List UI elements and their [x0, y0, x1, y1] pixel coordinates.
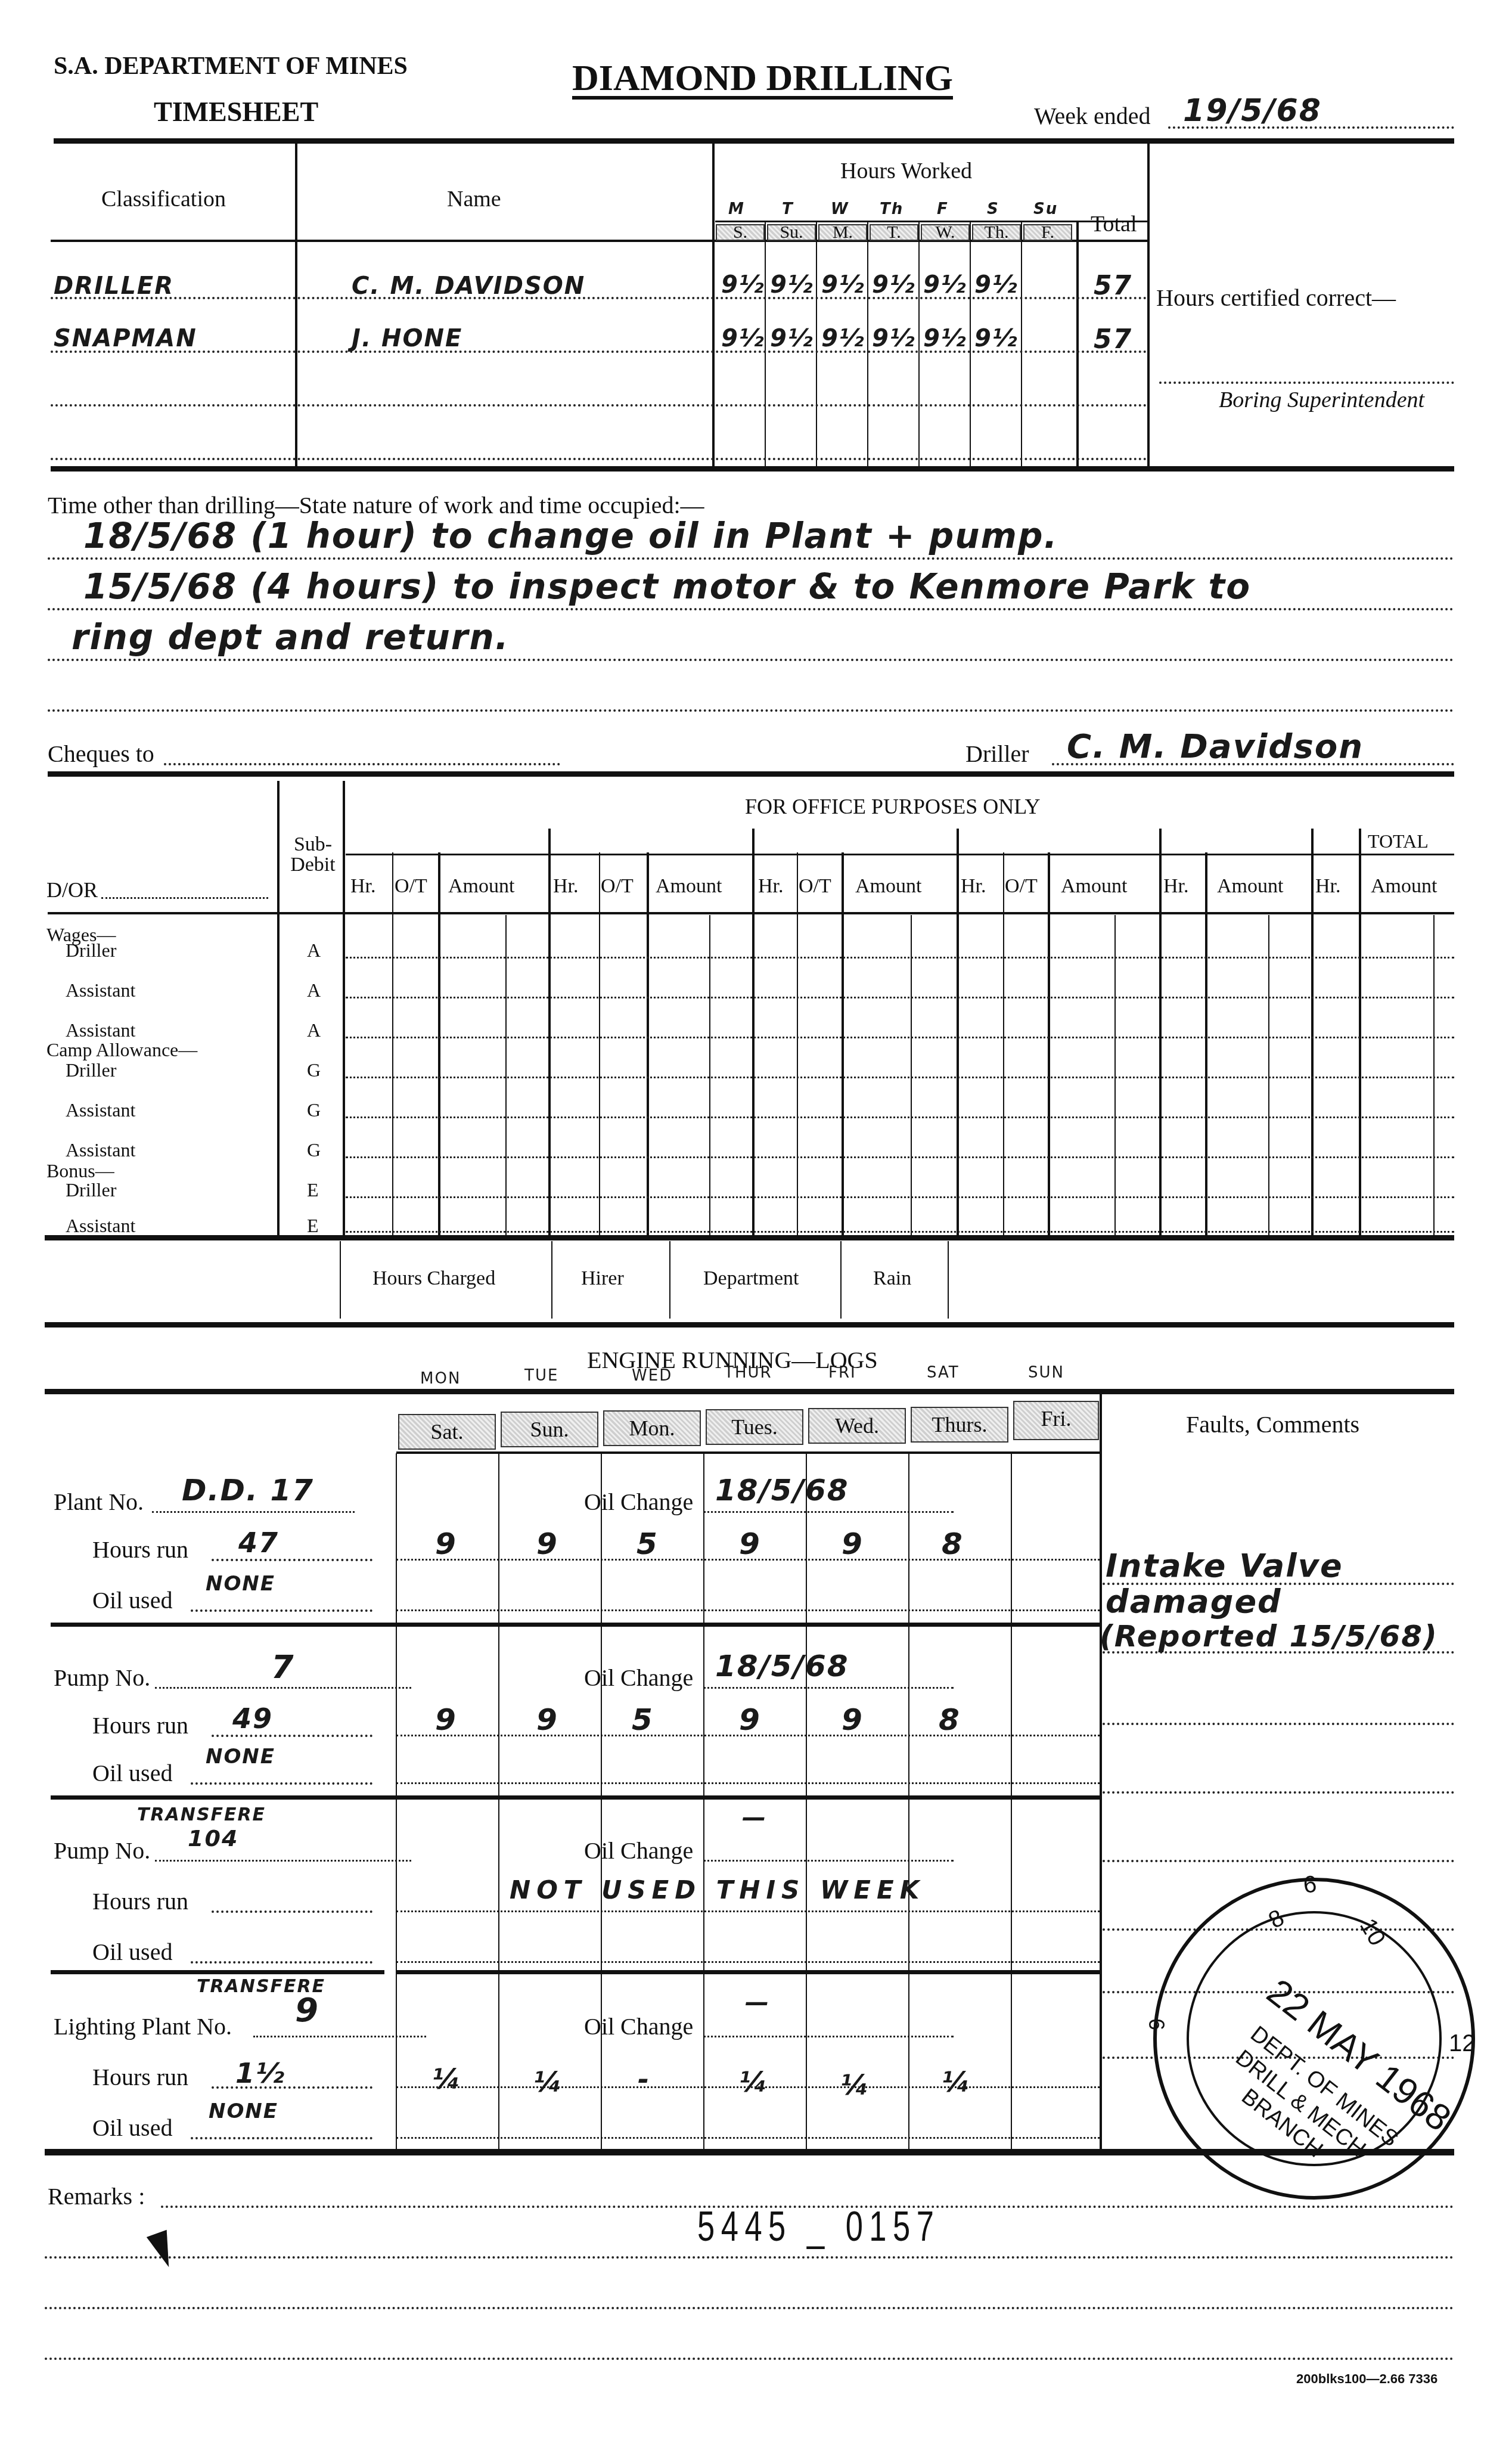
- col-amount: Amount: [1217, 876, 1283, 897]
- day-hours[interactable]: ¼: [533, 2068, 563, 2096]
- name-header: Name: [447, 188, 501, 210]
- name-cell[interactable]: J. HONE: [352, 327, 462, 351]
- oil-used-field: [191, 1609, 372, 1612]
- office-title: FOR OFFICE PURPOSES ONLY: [745, 796, 1041, 817]
- oil-change-value[interactable]: —: [742, 1806, 767, 1830]
- day-hours[interactable]: 8: [942, 1529, 964, 1559]
- charge-divider: [948, 1241, 949, 1319]
- total-cell[interactable]: 57: [1094, 327, 1132, 353]
- faults-header: Faults, Comments: [1186, 1413, 1359, 1437]
- day-hand-sun: SUN: [1028, 1365, 1064, 1381]
- oil-used-label: Oil used: [92, 1589, 172, 1612]
- oil-used-label: Oil used: [92, 2116, 172, 2140]
- day-hours[interactable]: 8: [939, 1705, 961, 1735]
- day-col-divider: [908, 1453, 909, 2152]
- ink-mark-icon: [147, 2230, 179, 2271]
- day-divider: [970, 221, 971, 468]
- day-hand-0: M: [728, 201, 745, 217]
- lighting-plant-label: Lighting Plant No.: [54, 2015, 232, 2039]
- lighting-plant-value[interactable]: 9: [295, 1994, 319, 2027]
- amount-split: [1268, 915, 1269, 1235]
- other-time-line-3[interactable]: ring dept and return.: [72, 620, 510, 655]
- subcol-divider: [797, 852, 798, 1235]
- classification-cell[interactable]: DRILLER: [54, 274, 174, 298]
- oil-used-value[interactable]: NONE: [206, 1574, 275, 1594]
- oil-row-line: [396, 1961, 1100, 1963]
- day-hand-wed: WED: [632, 1368, 672, 1384]
- day-hours[interactable]: 9: [842, 1705, 864, 1735]
- col-hr: Hr.: [961, 876, 986, 897]
- day-header-sun: Su.: [767, 224, 816, 241]
- oil-change-field: [703, 1687, 954, 1689]
- row-line: [346, 1231, 1454, 1233]
- pump-no-value[interactable]: 104: [188, 1827, 238, 1850]
- day-hand-4: F: [937, 201, 949, 217]
- day-hand-3: Th: [880, 201, 904, 217]
- text-line: [48, 608, 1454, 610]
- day-hours[interactable]: 9: [842, 1529, 864, 1559]
- stamp-dial-12: 12: [1449, 2030, 1476, 2057]
- hours-run-label: Hours run: [92, 1714, 188, 1738]
- form-title: DIAMOND DRILLING: [572, 60, 953, 97]
- day-hours[interactable]: ¼: [840, 2071, 870, 2099]
- subcol-divider: [1205, 852, 1207, 1235]
- row-line: [346, 1077, 1454, 1078]
- oil-change-field: [703, 2036, 954, 2037]
- day-hours[interactable]: ¼: [739, 2068, 769, 2096]
- oil-row-line: [396, 1782, 1100, 1784]
- dor-label: D/OR: [46, 879, 98, 901]
- subcol-divider: [1048, 852, 1050, 1235]
- day-hours[interactable]: 9: [435, 1705, 457, 1735]
- remarks-line[interactable]: [45, 2256, 1454, 2259]
- hours-run-field: [212, 1910, 372, 1913]
- oil-change-value[interactable]: 18/5/68: [715, 1475, 849, 1505]
- row-label: Assistant: [66, 1100, 135, 1119]
- row-line: [346, 1116, 1454, 1118]
- stamp-dial-6: 6: [1144, 2018, 1169, 2030]
- hours-run-label: Hours run: [92, 1538, 188, 1562]
- day-col-divider: [396, 1453, 397, 2152]
- day-header-thu: Thurs.: [911, 1407, 1008, 1443]
- day-header-rule: [396, 1451, 1100, 1454]
- col-ot: O/T: [1005, 876, 1038, 897]
- day-header-wed: W.: [921, 224, 970, 241]
- dor-field[interactable]: [101, 897, 268, 899]
- block-rule: [51, 1795, 1100, 1800]
- day-hand-thu: THUR: [724, 1365, 772, 1381]
- day-divider: [816, 221, 817, 468]
- print-code: 200blks100—2.66 7336: [1296, 2372, 1438, 2386]
- day-hours[interactable]: ¼: [432, 2065, 462, 2093]
- subcol-divider: [392, 852, 393, 1235]
- text-line: [48, 557, 1454, 560]
- row-code: G: [307, 1140, 321, 1159]
- col-divider: [295, 143, 297, 468]
- oil-used-field: [191, 1961, 372, 1964]
- hours-cell[interactable]: 9½: [974, 327, 1018, 351]
- row-line: [346, 1196, 1454, 1198]
- remarks-line[interactable]: [45, 2358, 1454, 2360]
- col-ot: O/T: [799, 876, 831, 897]
- day-col-divider: [601, 1453, 602, 2152]
- department-name: S.A. DEPARTMENT OF MINES: [54, 54, 408, 79]
- col-amount: Amount: [448, 876, 514, 897]
- row-code: A: [307, 981, 321, 1000]
- pump-no-label: Pump No.: [54, 1839, 150, 1863]
- text-line: [48, 659, 1454, 661]
- day-hand-2: W: [831, 201, 849, 217]
- day-hand-fri: FRI: [828, 1365, 856, 1381]
- row-code: A: [307, 1021, 321, 1040]
- department-label: Department: [703, 1268, 799, 1289]
- row-code: A: [307, 941, 321, 960]
- faults-line: [1103, 1860, 1454, 1862]
- col-hr: Hr.: [1163, 876, 1189, 897]
- day-divider: [918, 221, 920, 468]
- oil-row-line: [396, 1609, 1100, 1611]
- row-line: [51, 458, 1147, 460]
- row-label: Driller: [66, 1060, 116, 1080]
- oil-used-field: [191, 2137, 372, 2139]
- amount-split: [505, 915, 507, 1235]
- pump-no-field: [155, 1860, 411, 1862]
- oil-used-value[interactable]: NONE: [209, 2101, 278, 2121]
- col-ot: O/T: [395, 876, 427, 897]
- office-bottom-rule: [45, 1235, 1454, 1240]
- col-divider: [1076, 221, 1079, 468]
- row-code: E: [307, 1216, 319, 1235]
- day-header-tue: T.: [870, 224, 918, 241]
- other-time-line-2[interactable]: 15/5/68 (4 hours) to inspect motor & to …: [83, 569, 1251, 604]
- total-header: Total: [1091, 213, 1137, 235]
- day-hours[interactable]: 9: [739, 1705, 761, 1735]
- row-code: G: [307, 1060, 321, 1080]
- week-ended-value[interactable]: 19/5/68: [1183, 95, 1322, 126]
- charge-divider: [551, 1241, 552, 1319]
- hours-cell[interactable]: 9½: [923, 327, 967, 351]
- day-header-fri: Fri.: [1013, 1401, 1099, 1440]
- signature-line[interactable]: [1159, 381, 1454, 384]
- hirer-label: Hirer: [581, 1268, 624, 1289]
- driller-label: Driller: [965, 742, 1029, 766]
- table-top-rule: [54, 138, 1454, 144]
- amount-split: [1114, 915, 1116, 1235]
- lighting-plant-field: [253, 2036, 426, 2037]
- hours-cell[interactable]: 9½: [721, 273, 765, 297]
- cheques-label: Cheques to: [48, 742, 154, 766]
- faults-line: [1103, 1723, 1454, 1725]
- charge-divider: [840, 1241, 842, 1319]
- header-rule: [48, 912, 1454, 914]
- row-label: Assistant: [66, 981, 135, 1000]
- oil-used-field: [191, 1782, 372, 1785]
- subcol-divider: [647, 852, 649, 1235]
- day-hand-tue: TUE: [524, 1368, 558, 1384]
- col-hr: Hr.: [350, 876, 376, 897]
- row-line: [51, 404, 1147, 407]
- col-hr: Hr.: [758, 876, 784, 897]
- subcol-divider: [1003, 852, 1004, 1235]
- name-cell[interactable]: C. M. DAVIDSON: [352, 274, 585, 298]
- day-hand-mon: MON: [420, 1371, 461, 1387]
- col-divider: [277, 781, 280, 1235]
- oil-used-label: Oil used: [92, 1940, 172, 1964]
- hours-cell[interactable]: 9½: [974, 273, 1018, 297]
- day-col-divider: [498, 1453, 499, 2152]
- pump-no-label: Pump No.: [54, 1666, 150, 1690]
- hours-run-total[interactable]: 1½: [235, 2060, 285, 2087]
- hours-run-field: [212, 1735, 372, 1737]
- col-amount: Amount: [656, 876, 722, 897]
- day-divider: [867, 221, 868, 468]
- not-used-note[interactable]: NOT USED THIS WEEK: [510, 1878, 925, 1903]
- col-amount: Amount: [855, 876, 921, 897]
- faults-line-1[interactable]: Intake Valve: [1106, 1550, 1343, 1582]
- day-divider: [1021, 221, 1022, 468]
- col-ot: O/T: [601, 876, 634, 897]
- day-header-sat: Sat.: [398, 1414, 496, 1450]
- faults-line-2[interactable]: damaged: [1106, 1586, 1282, 1618]
- table-bottom-rule: [51, 466, 1454, 472]
- hours-cell[interactable]: 9½: [923, 273, 967, 297]
- row-line: [346, 997, 1454, 998]
- group-divider: [1159, 829, 1162, 1235]
- total-cell[interactable]: 57: [1094, 273, 1132, 299]
- charge-divider: [340, 1241, 341, 1319]
- row-label: Assistant: [66, 1216, 135, 1235]
- subcol-divider: [438, 852, 440, 1235]
- other-time-label: Time other than drilling—State nature of…: [48, 494, 704, 517]
- remarks-label: Remarks :: [48, 2185, 145, 2209]
- hours-cell[interactable]: 9½: [821, 327, 865, 351]
- day-hours[interactable]: 5: [632, 1705, 654, 1735]
- col-amount: Amount: [1061, 876, 1127, 897]
- driller-signature[interactable]: C. M. Davidson: [1067, 730, 1364, 764]
- certified-label: Hours certified correct—: [1156, 286, 1396, 310]
- oil-change-value[interactable]: 18/5/68: [715, 1651, 849, 1681]
- day-header-mon: M.: [818, 224, 867, 241]
- day-col-divider: [703, 1453, 704, 2152]
- engine-top-rule: [45, 1389, 1454, 1394]
- day-header-sun: Sun.: [501, 1412, 598, 1447]
- hours-run-total[interactable]: 49: [232, 1705, 273, 1732]
- day-hand-1: T: [782, 201, 794, 217]
- amount-split: [1433, 915, 1435, 1235]
- row-label: Driller: [66, 1180, 116, 1199]
- row-code: E: [307, 1180, 319, 1199]
- row-line: [346, 1037, 1454, 1038]
- classification-header: Classification: [101, 188, 226, 210]
- total-label: TOTAL: [1368, 832, 1429, 851]
- day-hand-sat: SAT: [927, 1365, 960, 1381]
- col-divider: [343, 781, 345, 1235]
- subdebit-label: Sub-Debit: [286, 835, 340, 875]
- block-rule: [396, 1970, 1100, 1974]
- faults-line-3[interactable]: (Reported 15/5/68): [1100, 1621, 1438, 1651]
- day-header-mon: Mon.: [603, 1410, 701, 1446]
- plant-no-value[interactable]: D.D. 17: [182, 1475, 314, 1505]
- day-col-divider: [1011, 1453, 1012, 2152]
- day-hours[interactable]: 5: [637, 1529, 659, 1559]
- group-bonus: Bonus—: [46, 1161, 114, 1180]
- text-line: [48, 709, 1454, 712]
- hours-row-line: [396, 1910, 1100, 1912]
- oil-change-field: [703, 1860, 954, 1862]
- office-top-rule: [48, 771, 1454, 777]
- faults-divider: [1100, 1394, 1102, 2151]
- superintendent-label: Boring Superintendent: [1219, 389, 1424, 411]
- hours-cell[interactable]: 9½: [721, 327, 765, 351]
- row-label: Assistant: [66, 1021, 135, 1040]
- group-divider: [957, 829, 959, 1235]
- day-divider: [765, 221, 766, 468]
- col-amount: Amount: [1371, 876, 1437, 897]
- block-rule: [51, 1623, 1100, 1627]
- hours-cell[interactable]: 9½: [770, 273, 814, 297]
- group-divider: [1311, 829, 1314, 1235]
- group-divider: [548, 829, 551, 1235]
- row-label: Assistant: [66, 1140, 135, 1159]
- col-divider: [712, 143, 715, 468]
- amount-split: [709, 915, 710, 1235]
- hours-cell[interactable]: 9½: [872, 327, 915, 351]
- row-code: G: [307, 1100, 321, 1119]
- subheader-rule: [346, 854, 1454, 855]
- day-hours[interactable]: 9: [536, 1529, 558, 1559]
- row-line: [346, 957, 1454, 959]
- classification-cell[interactable]: SNAPMAN: [54, 327, 197, 351]
- hours-charged-label: Hours Charged: [372, 1268, 495, 1289]
- row-line: [346, 1156, 1454, 1158]
- stamp-dial-9: 9: [1302, 1869, 1318, 1897]
- week-ended-label: Week ended: [1034, 104, 1151, 128]
- other-time-line-1[interactable]: 18/5/68 (1 hour) to change oil in Plant …: [83, 519, 1058, 553]
- day-header-fri: F.: [1023, 224, 1072, 241]
- day-hours[interactable]: ¼: [942, 2068, 971, 2096]
- charge-bottom-rule: [45, 1322, 1454, 1327]
- group-divider: [752, 829, 755, 1235]
- day-hand-5: S: [987, 201, 999, 217]
- hours-run-label: Hours run: [92, 1890, 188, 1913]
- hours-run-label: Hours run: [92, 2065, 188, 2089]
- rain-label: Rain: [873, 1268, 911, 1289]
- subcol-divider: [599, 852, 600, 1235]
- hours-worked-header: Hours Worked: [840, 160, 972, 182]
- oil-change-field: [703, 1511, 954, 1513]
- cheques-field[interactable]: [164, 763, 560, 765]
- pump-no-value[interactable]: 7: [271, 1651, 295, 1683]
- timesheet-title: TIMESHEET: [154, 98, 318, 126]
- day-header-thu: Th.: [972, 224, 1021, 241]
- block-rule: [51, 1970, 384, 1974]
- plant-no-field: [152, 1511, 355, 1513]
- hours-cell[interactable]: 9½: [872, 273, 915, 297]
- received-stamp: 8 9 10 12 6 22 MAY 1968 DEPT. OF MINES D…: [1153, 1878, 1475, 2200]
- hours-run-field: [212, 1559, 372, 1561]
- oil-row-line: [396, 2137, 1100, 2139]
- oil-used-value[interactable]: NONE: [206, 1747, 275, 1767]
- oil-change-value[interactable]: —: [745, 1991, 770, 2015]
- subcol-divider: [842, 852, 844, 1235]
- col-hr: Hr.: [1315, 876, 1341, 897]
- col-divider: [1147, 143, 1150, 468]
- day-col-divider: [806, 1453, 807, 2152]
- hours-run-total[interactable]: 47: [238, 1529, 279, 1556]
- transfer-note: TRANSFERE: [137, 1806, 266, 1824]
- amount-split: [911, 915, 912, 1235]
- hours-cell[interactable]: 9½: [821, 273, 865, 297]
- day-header-tue: Tues.: [706, 1409, 803, 1445]
- day-header-sat: S.: [716, 224, 765, 241]
- oil-used-label: Oil used: [92, 1761, 172, 1785]
- group-divider: [1359, 829, 1361, 1235]
- plant-no-label: Plant No.: [54, 1490, 144, 1514]
- faults-line: [1103, 1791, 1454, 1794]
- day-hand-6: Su: [1033, 201, 1058, 217]
- day-hours[interactable]: 9: [739, 1529, 761, 1559]
- day-hours[interactable]: 9: [435, 1529, 457, 1559]
- col-hr: Hr.: [553, 876, 579, 897]
- stamped-number: 5445 _ 0157: [697, 2206, 940, 2247]
- charge-divider: [669, 1241, 670, 1319]
- remarks-line[interactable]: [45, 2307, 1454, 2309]
- day-header-wed: Wed.: [808, 1408, 906, 1444]
- day-hours[interactable]: 9: [536, 1705, 558, 1735]
- pump-no-field: [155, 1687, 411, 1689]
- day-hours[interactable]: -: [638, 2065, 650, 2093]
- group-camp: Camp Allowance—: [46, 1040, 197, 1059]
- hours-cell[interactable]: 9½: [770, 327, 814, 351]
- row-label: Driller: [66, 941, 116, 960]
